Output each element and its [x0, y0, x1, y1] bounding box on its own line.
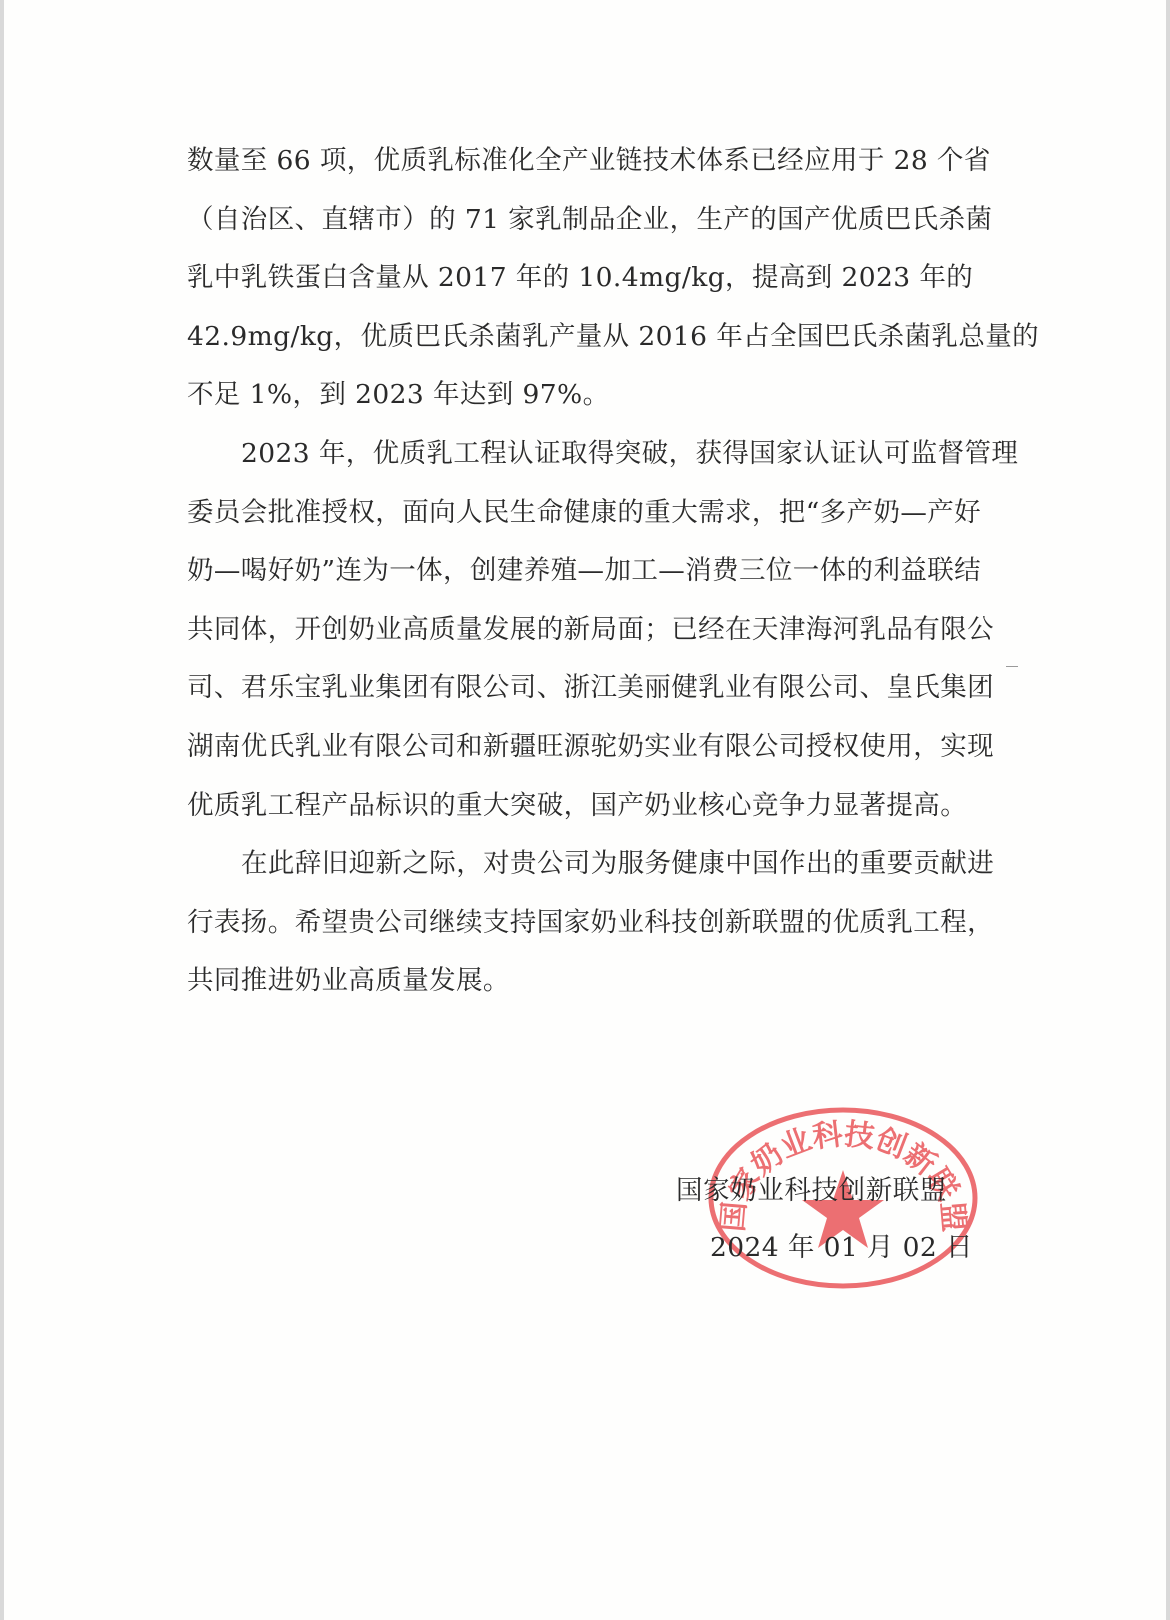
- text-line: 委员会批准授权，面向人民生命健康的重大需求，把“多产奶—产好: [187, 489, 972, 548]
- text-line: 湖南优氏乳业有限公司和新疆旺源驼奶实业有限公司授权使用，实现: [187, 723, 972, 782]
- text-line: 行表扬。希望贵公司继续支持国家奶业科技创新联盟的优质乳工程，: [187, 899, 972, 958]
- signature-date: 2024 年 01 月 02 日: [710, 1225, 973, 1264]
- text-line: 2023 年，优质乳工程认证取得突破，获得国家认证认可监督管理: [187, 430, 972, 489]
- text-line: 42.9mg/kg，优质巴氏杀菌乳产量从 2016 年占全国巴氏杀菌乳总量的: [187, 313, 972, 372]
- text-line: （自治区、直辖市）的 71 家乳制品企业，生产的国产优质巴氏杀菌: [187, 196, 972, 255]
- text-line: 优质乳工程产品标识的重大突破，国产奶业核心竞争力显著提高。: [187, 782, 972, 841]
- text-line: 共同体，开创奶业高质量发展的新局面；已经在天津海河乳品有限公: [187, 606, 972, 665]
- text-line: 奶—喝好奶”连为一体，创建养殖—加工—消费三位一体的利益联结: [187, 547, 972, 606]
- text-line: 不足 1%，到 2023 年达到 97%。: [187, 371, 972, 430]
- scan-artifact: [1006, 666, 1018, 667]
- paragraph-2: 2023 年，优质乳工程认证取得突破，获得国家认证认可监督管理 委员会批准授权，…: [187, 430, 972, 840]
- paragraph-1: 数量至 66 项，优质乳标准化全产业链技术体系已经应用于 28 个省 （自治区、…: [187, 137, 972, 430]
- text-line: 司、君乐宝乳业集团有限公司、浙江美丽健乳业有限公司、皇氏集团: [187, 664, 972, 723]
- text-line: 数量至 66 项，优质乳标准化全产业链技术体系已经应用于 28 个省: [187, 137, 972, 196]
- signature-organization: 国家奶业科技创新联盟: [676, 1168, 947, 1207]
- letter-body: 数量至 66 项，优质乳标准化全产业链技术体系已经应用于 28 个省 （自治区、…: [187, 137, 972, 1016]
- paragraph-3: 在此辞旧迎新之际，对贵公司为服务健康中国作出的重要贡献进 行表扬。希望贵公司继续…: [187, 840, 972, 1016]
- text-line: 共同推进奶业高质量发展。: [187, 957, 972, 1016]
- document-page: 数量至 66 项，优质乳标准化全产业链技术体系已经应用于 28 个省 （自治区、…: [0, 0, 1170, 1620]
- text-line: 乳中乳铁蛋白含量从 2017 年的 10.4mg/kg，提高到 2023 年的: [187, 254, 972, 313]
- text-line: 在此辞旧迎新之际，对贵公司为服务健康中国作出的重要贡献进: [187, 840, 972, 899]
